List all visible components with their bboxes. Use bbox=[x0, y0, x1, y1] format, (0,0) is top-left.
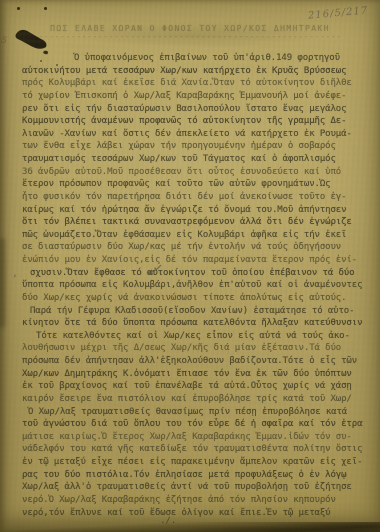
text-line: των ἔνθα εἶχε λάβει χώραν τήν προηγουμέν… bbox=[22, 140, 363, 153]
title-underline: ----------------------------------------… bbox=[0, 32, 380, 41]
text-line: ἐν τῷ μεταξύ εἶχε πέσει εἰς παρακειμένην… bbox=[22, 456, 363, 469]
margin-comma-mark: , bbox=[12, 268, 18, 279]
text-line: τοῦ ἀγνώστου διά τοῦ ὅπλου του τόν εὗρε … bbox=[22, 418, 363, 431]
text-line: κίνητον ὅτε τά δύο ὕποπτα πρόσωπα κατελθ… bbox=[22, 317, 363, 330]
text-line: νάδελφόν του κατά γῆς κατεδίωξε τόν τραυ… bbox=[22, 443, 363, 456]
text-line: ρας του δύο πιστόλια.Τόν ἐπλησίασε μετά … bbox=[22, 469, 363, 482]
text-line: Τότε κατελθόντες καί οἱ Χωρ/κες εἶπον εἰ… bbox=[22, 330, 363, 343]
text-line: νερό,τόν ἔπλυνε καί τοῦ ἔδωσε ὀλίγον καί… bbox=[22, 507, 363, 520]
text-line: τραυματισμός τεσσάρων Χωρ/κων τοῦ Τάγματ… bbox=[22, 153, 363, 166]
text-line: καίρως καί τόν ἠρώτησα ἄν ἐγνώριζε τό ὄν… bbox=[22, 204, 363, 217]
text-line: ἦτο φυσικόν τόν παρετήρησα διότι δέν μοί… bbox=[22, 191, 363, 204]
text-line: λουθήσωσιν μέχρι τῆς Δ/σεως Χωρ/κῆς διά … bbox=[22, 342, 363, 355]
title-block: ΠΩΣ ΕΛΑΒΕ ΧΩΡΑΝ Ο ΦΟΝΟΣ ΤΟΥ ΧΩΡ/ΚΟΣ ΔΗΜΗ… bbox=[0, 24, 380, 41]
text-line: αὐτοκινήτου μετά τεσσάρων Χωρ/κων κατήρχ… bbox=[22, 65, 363, 78]
text-line: Χωρ/λαξ ἀλλ'ὁ τραυματισθείς ἀντί νά τοῦ … bbox=[22, 481, 363, 494]
text-line: τό χωρίον Ἐπισκοπή ὁ Χωρ/λαξ Καραβαράκης… bbox=[22, 90, 363, 103]
text-line: πρός Κολυμβάρι καί ἐκεῖσε διά Χανία.Ὅταν… bbox=[22, 77, 363, 90]
text-line: νερό.Ὁ Χωρ/λαξ Καραβαράκης ἐζήτησε ἀπό τ… bbox=[22, 494, 363, 507]
scanned-document-page: 216/5/217 5 ΠΩΣ ΕΛΑΒΕ ΧΩΡΑΝ Ο ΦΟΝΟΣ ΤΟΥ … bbox=[0, 0, 380, 532]
scan-edge-smudge bbox=[0, 238, 5, 328]
text-line: ἕτερον πρόσωπον προφανῶς καί τοῦτο τῶν α… bbox=[22, 178, 363, 191]
text-line: σχυσιν.Ὅταν ἔφθασε τό αὐτοκίνητον τοῦ ὁπ… bbox=[22, 267, 363, 280]
text-line: δύο Χωρ/κες χωρίς νά ἀνακοινώσωσι τίποτε… bbox=[22, 292, 363, 305]
text-line: ὕποπτα πρόσωπα εἰς Κολυμβάρι,ἀνῆλθον ἐπ'… bbox=[22, 279, 363, 292]
text-line: καιρόν ἔσειρε ἕνα πιστόλιον καί ἐπυροβόλ… bbox=[22, 393, 363, 406]
handwritten-archive-number: 216/5/217 bbox=[307, 5, 368, 21]
text-line: ἐκ τοῦ βραχίονος καί τοῦ ἐπανέλαβε τά αὐ… bbox=[22, 380, 363, 393]
pencil-arrow-icon bbox=[146, 263, 164, 277]
text-line: Ὁ Χωρ/λαξ τραυματισθείς θανασίμως πρίν π… bbox=[22, 406, 363, 419]
punch-hole-speck bbox=[44, 7, 47, 10]
text-line: ἐνώπιόν μου ἐν Χανίοις,εἰς δέ τόν παραμε… bbox=[22, 254, 363, 267]
text-line: Παρά τήν Γέφυρα Κλαδισσοῦ(εἴσοδον Χανίων… bbox=[22, 305, 363, 318]
text-line: σε διασταύρωσιν δύο Χωρ/κας μέ τήν ἐντολ… bbox=[22, 241, 363, 254]
body-text: Ὁ ὑποφαινόμενος ἐπιβαίνων τοῦ ὑπ'ἀριθ.14… bbox=[22, 52, 363, 519]
text-line: ρεν ὅτι εἰς τήν διασταύρωσιν Βασιλοπούλο… bbox=[22, 103, 363, 116]
text-line: πρόσωπα δέν ἀπήντησαν ἀλλ'ἐξηκολούθουν β… bbox=[22, 355, 363, 368]
punch-hole-speck bbox=[17, 7, 20, 10]
text-line: Ὁ ὑποφαινόμενος ἐπιβαίνων τοῦ ὑπ'ἀριθ.14… bbox=[22, 52, 363, 65]
text-line: Κομμουνιστής ἀναμένων προφανῶς τό αὐτοκί… bbox=[22, 115, 363, 128]
text-line: Χωρ/κων Δημητράκης Κ.ὀνόματι ἔπιασε τόν … bbox=[22, 368, 363, 381]
scan-bottom-edge bbox=[0, 522, 380, 532]
text-line: 36 ἀνδρῶν αὐτοῦ.Μοῦ προσέθεσαν ὅτι οὗτος… bbox=[22, 166, 363, 179]
text-line: μάτισε καιρίως.Ὁ ἕτερος Χωρ/λαξ Καραβαρά… bbox=[22, 431, 363, 444]
text-line: πῶς ὠνομάζετο.Ὅταν ἐφθάσαμεν εἰς Κολυμβά… bbox=[22, 229, 363, 242]
text-line: λιανῶν -Χανίων καί ὅστις δέν ἀπεκλείετο … bbox=[22, 128, 363, 141]
text-line: ὅτι τόν βλέπει τακτικά συναναστρεφόμενον… bbox=[22, 216, 363, 229]
